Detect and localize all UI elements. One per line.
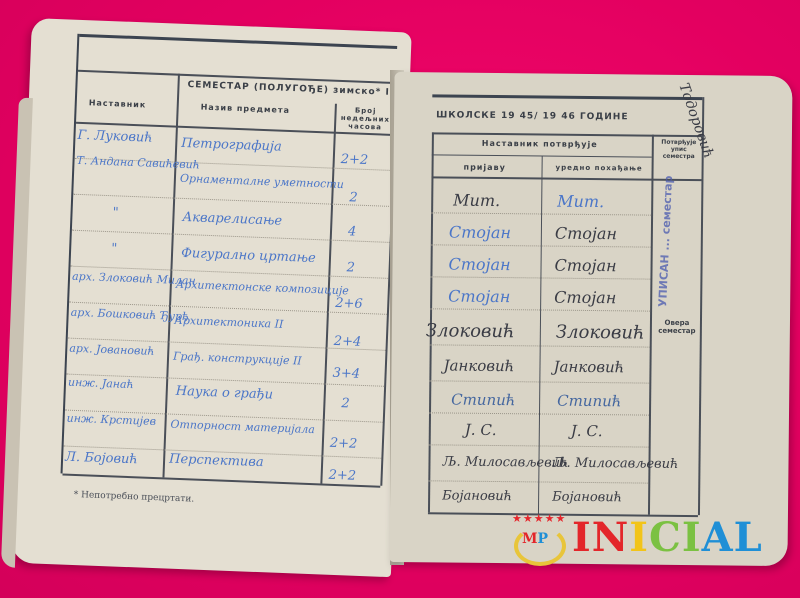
watermark: ★★★★★ MP INICIAL [508, 512, 763, 562]
signature: Бојановић [442, 488, 512, 504]
signature: Злоковић [556, 322, 645, 344]
signature: Стојан [554, 256, 616, 276]
signature: Љ. Милосављевић [552, 456, 678, 472]
signature: Љ. Милосављевић [442, 454, 568, 470]
column-group-header: Наставник потврђује [482, 139, 598, 149]
signature: Стојан [449, 223, 511, 243]
overa-label: Овера семестар [654, 319, 700, 335]
column-header-registration: пријаву [464, 163, 506, 172]
column-header-attendance: уредно похађање [556, 164, 643, 173]
signature: Стојан [448, 255, 510, 275]
signature: Стојан [555, 224, 617, 244]
signature: Мит. [557, 192, 604, 211]
brand-name: INICIAL [572, 514, 763, 561]
signature: Мит. [453, 191, 500, 210]
column-header-hours: Број недељних часова [338, 106, 393, 132]
column-header-subject: Назив предмета [201, 103, 291, 115]
signature: Злоковић [426, 320, 515, 342]
logo-initials: MP [522, 531, 548, 547]
signature: Бојановић [552, 490, 622, 506]
signature: Стојан [554, 288, 616, 308]
signature: Стипић [557, 392, 622, 411]
enrollment-stamp: УПИСАН ... семестар [656, 175, 675, 307]
signature: Ј. С. [571, 422, 603, 440]
courses-table: СЕМЕСТАР (ПОЛУГОЂЕ) зимско* III Наставни… [61, 34, 398, 486]
footnote: * Непотребно прецртати. [74, 490, 195, 505]
right-page: ШКОЛСКЕ 19 45/ 19 46 ГОДИНЕ Наставник по… [389, 72, 792, 566]
signature: Стојан [448, 287, 510, 307]
signatures-table: ШКОЛСКЕ 19 45/ 19 46 ГОДИНЕ Наставник по… [428, 94, 682, 517]
school-year-label: ШКОЛСКЕ 19 45/ 19 46 ГОДИНЕ [436, 110, 628, 122]
signature: Јанковић [443, 356, 514, 375]
signature: Стипић [451, 391, 516, 410]
signature: Јанковић [553, 358, 624, 377]
column-header-teacher: Наставник [89, 98, 147, 109]
mp-logo: ★★★★★ MP [508, 512, 566, 562]
signature: Ј. С. [465, 421, 497, 439]
stars-icon: ★★★★★ [512, 512, 566, 525]
left-page: СЕМЕСТАР (ПОЛУГОЂЕ) зимско* III Наставни… [11, 18, 412, 577]
